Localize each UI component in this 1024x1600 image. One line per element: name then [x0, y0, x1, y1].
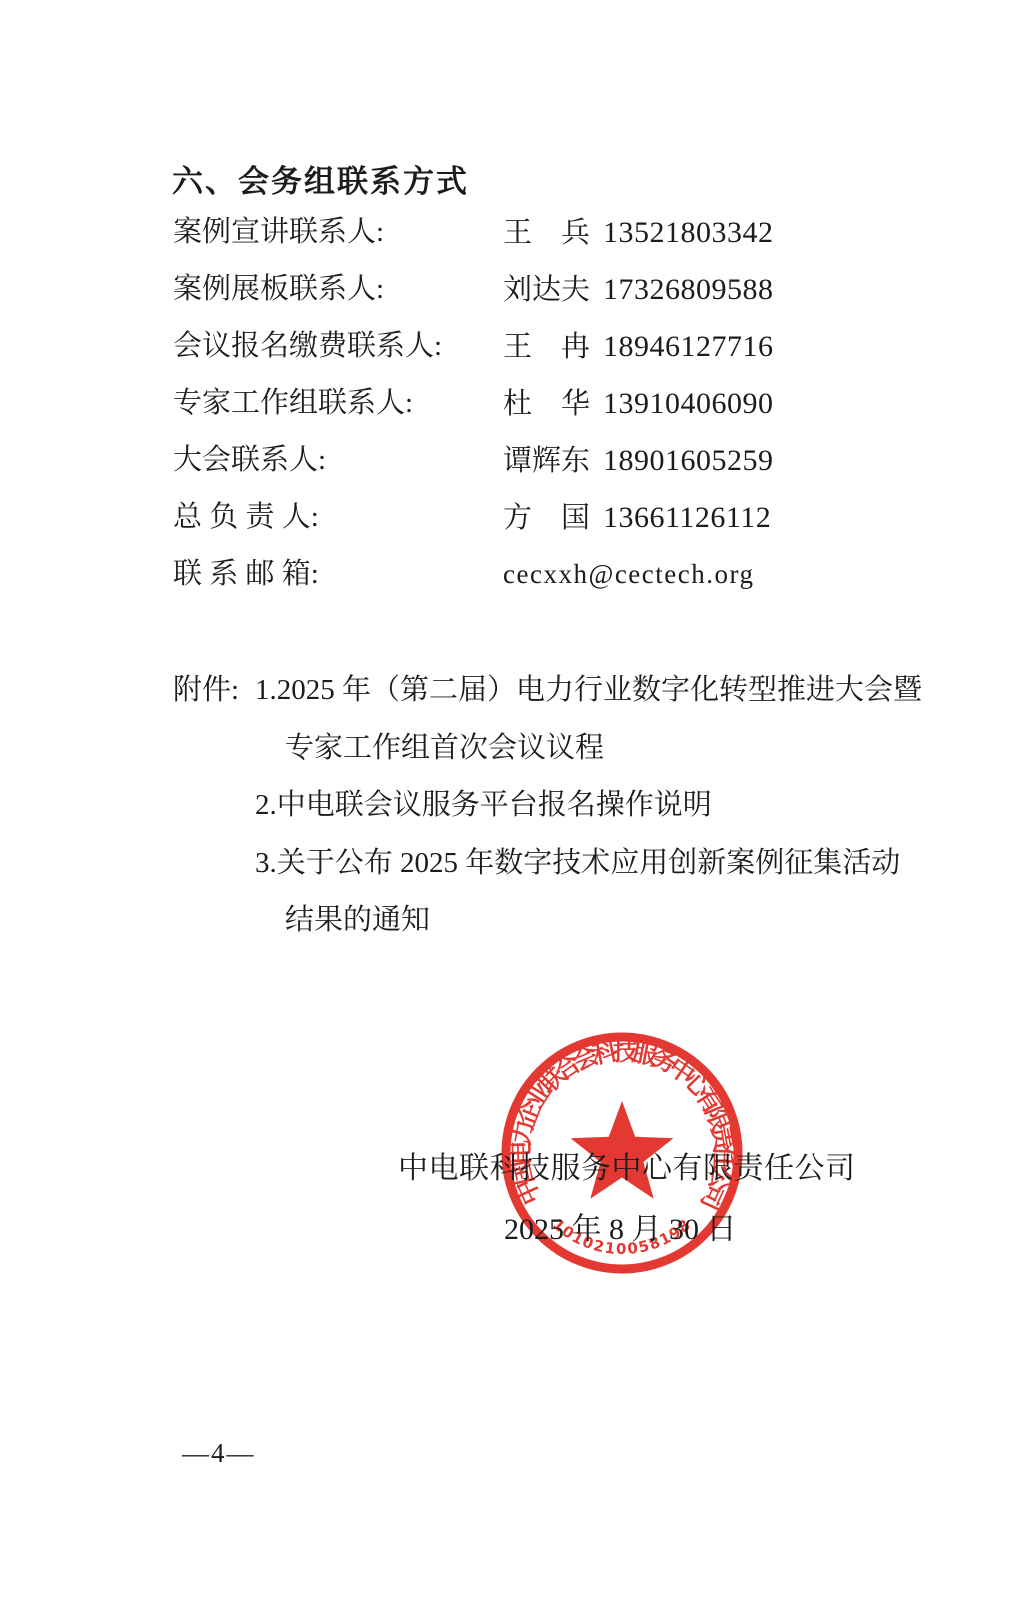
document-page: 六、会务组联系方式 案例宣讲联系人: 王 兵13521803342 案例展板联系…: [0, 0, 1024, 1600]
section-heading: 六、会务组联系方式: [172, 156, 469, 201]
contact-label: 专家工作组联系人:: [173, 387, 413, 419]
attachment-item: 2.中电联会议服务平台报名操作说明: [255, 777, 712, 835]
attachment-item: 3.关于公布 2025 年数字技术应用创新案例征集活动: [255, 835, 900, 893]
contact-row: 案例宣讲联系人: 王 兵13521803342: [173, 204, 893, 261]
attachment-item: 1.2025 年（第二届）电力行业数字化转型推进大会暨: [255, 662, 922, 720]
contact-phone: 13521803342: [603, 216, 774, 249]
contact-name: 王 冉: [503, 319, 590, 376]
attachment-item-continuation: 结果的通知: [285, 892, 430, 950]
contact-name: 方 国: [503, 490, 590, 547]
contact-label: 总 负 责 人:: [173, 501, 319, 533]
contact-label: 大会联系人:: [173, 444, 326, 476]
contact-row: 会议报名缴费联系人: 王 冉18946127716: [173, 318, 893, 375]
contact-value: 王 兵13521803342: [503, 204, 774, 266]
contact-value: 谭辉东18901605259: [503, 432, 774, 494]
attachment-line: 结果的通知: [173, 892, 963, 950]
contact-phone: 13910406090: [603, 387, 774, 420]
attachment-line: 附件: 1.2025 年（第二届）电力行业数字化转型推进大会暨: [173, 662, 963, 720]
contact-phone: 17326809588: [603, 273, 774, 306]
contact-row: 总 负 责 人: 方 国13661126112: [173, 489, 893, 546]
attachments-block: 附件: 1.2025 年（第二届）电力行业数字化转型推进大会暨 专家工作组首次会…: [173, 662, 963, 950]
attachment-line: 专家工作组首次会议议程: [173, 720, 963, 778]
contact-label: 联 系 邮 箱:: [173, 558, 319, 590]
contact-row: 案例展板联系人: 刘达夫17326809588: [173, 261, 893, 318]
contact-name: 刘达夫: [503, 262, 590, 319]
contact-email: cecxxh@cectech.org: [503, 546, 755, 603]
contact-name: 杜 华: [503, 376, 590, 433]
contact-phone: 13661126112: [603, 501, 771, 534]
contact-label: 会议报名缴费联系人:: [173, 330, 442, 362]
contact-value: 方 国13661126112: [503, 489, 771, 551]
contact-row: 专家工作组联系人: 杜 华13910406090: [173, 375, 893, 432]
contact-label: 案例展板联系人:: [173, 273, 384, 305]
contact-value: 王 冉18946127716: [503, 318, 774, 380]
attachment-item-continuation: 专家工作组首次会议议程: [285, 720, 604, 778]
page-number: —4—: [182, 1438, 256, 1469]
contact-phone: 18946127716: [603, 330, 774, 363]
attachments-label: 附件:: [173, 662, 239, 720]
attachment-line: 2.中电联会议服务平台报名操作说明: [173, 777, 963, 835]
attachment-line: 3.关于公布 2025 年数字技术应用创新案例征集活动: [173, 835, 963, 893]
signature-company: 中电联科技服务中心有限责任公司: [398, 1143, 856, 1187]
contact-row-email: 联 系 邮 箱: cecxxh@cectech.org: [173, 546, 893, 603]
contact-phone: 18901605259: [603, 444, 774, 477]
contact-name: 王 兵: [503, 205, 590, 262]
contact-name: 谭辉东: [503, 433, 590, 490]
contact-label: 案例宣讲联系人:: [173, 216, 384, 248]
contact-list: 案例宣讲联系人: 王 兵13521803342 案例展板联系人: 刘达夫1732…: [173, 204, 893, 603]
contact-value: 杜 华13910406090: [503, 375, 774, 437]
contact-value: 刘达夫17326809588: [503, 261, 774, 323]
signature-date: 2025 年 8 月 30 日: [504, 1204, 737, 1248]
contact-row: 大会联系人: 谭辉东18901605259: [173, 432, 893, 489]
